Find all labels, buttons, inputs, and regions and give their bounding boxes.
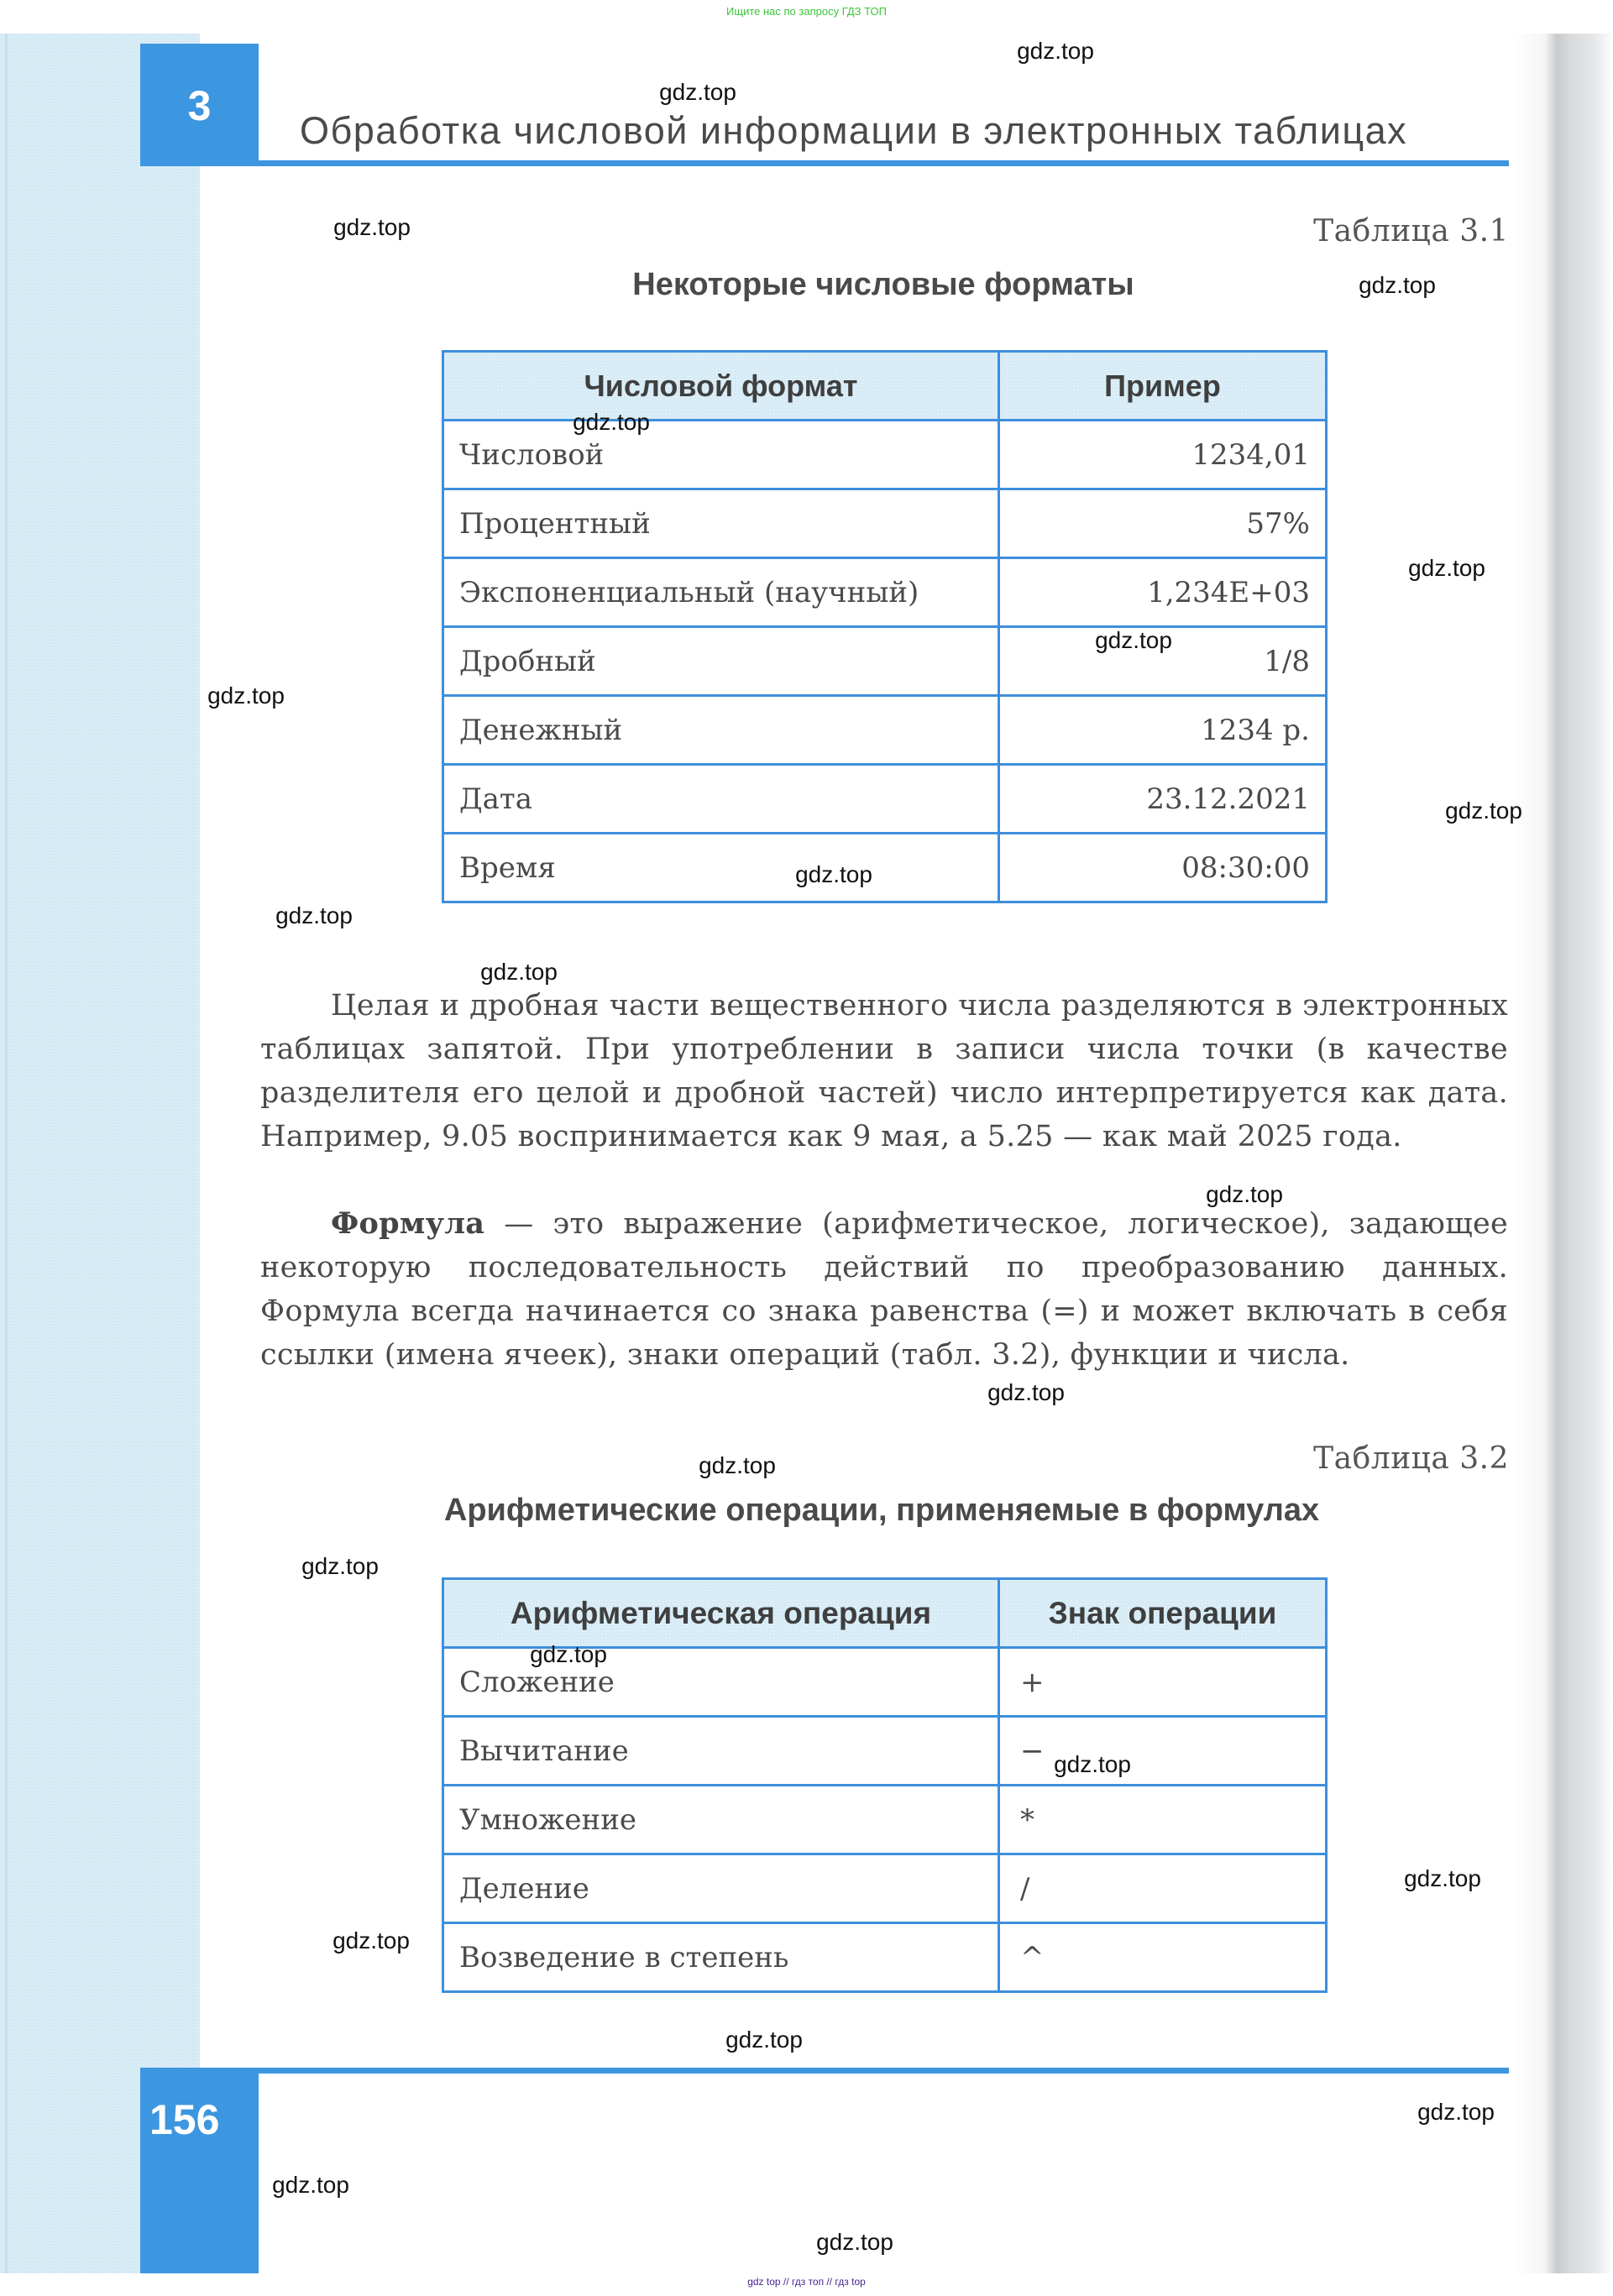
watermark-text: gdz.top: [816, 2229, 893, 2256]
watermark-text: gdz.top: [207, 683, 285, 709]
cell-name: Дата: [443, 765, 999, 834]
cell-value: *: [999, 1786, 1327, 1854]
cell-name: Возведение в степень: [443, 1923, 999, 1992]
table-row: Вычитание−: [443, 1717, 1327, 1786]
watermark-text: gdz.top: [530, 1641, 607, 1668]
watermark-text: gdz.top: [699, 1452, 776, 1479]
table-row: Дата23.12.2021: [443, 765, 1327, 834]
table-row: Экспоненциальный (научный)1,234E+03: [443, 558, 1327, 627]
cell-name: Деление: [443, 1854, 999, 1923]
paragraph-text: Целая и дробная части вещественного числ…: [260, 989, 1508, 1153]
watermark-text: gdz.top: [725, 2027, 803, 2053]
cell-value: 1234 р.: [999, 696, 1327, 765]
cell-value: 1234,01: [999, 421, 1327, 489]
column-header-format: Числовой формат: [443, 352, 999, 421]
column-header-operation: Арифметическая операция: [443, 1579, 999, 1648]
paragraph-formula-definition: Формула — это выражение (арифметическое,…: [260, 1202, 1508, 1377]
page-fold-shadow: [1511, 34, 1613, 2273]
table2-title: Арифметические операции, применяемые в ф…: [336, 1493, 1427, 1529]
table-header-row: Арифметическая операция Знак операции: [443, 1579, 1327, 1648]
top-banner: Ищите нас по запросу ГДЗ ТОП: [0, 0, 1613, 34]
table1-title: Некоторые числовые форматы: [442, 267, 1325, 303]
cell-name: Экспоненциальный (научный): [443, 558, 999, 627]
watermark-text: gdz.top: [987, 1379, 1065, 1406]
watermark-text: gdz.top: [1404, 1865, 1481, 1892]
watermark-text: gdz.top: [275, 902, 353, 929]
cell-value: ^: [999, 1923, 1327, 1992]
cell-name: Денежный: [443, 696, 999, 765]
watermark-text: gdz.top: [1417, 2099, 1495, 2126]
cell-name: Процентный: [443, 489, 999, 558]
cell-value: 1,234E+03: [999, 558, 1327, 627]
table-row: Деление/: [443, 1854, 1327, 1923]
chapter-number-badge: 3: [140, 44, 259, 165]
watermark-text: gdz.top: [659, 79, 736, 106]
cell-name: Время: [443, 834, 999, 902]
table-row: Денежный1234 р.: [443, 696, 1327, 765]
cell-name: Числовой: [443, 421, 999, 489]
watermark-text: gdz.top: [795, 861, 872, 888]
cell-value: +: [999, 1648, 1327, 1717]
watermark-text: gdz.top: [333, 1927, 410, 1954]
cell-name: Дробный: [443, 627, 999, 696]
watermark-text: gdz.top: [480, 959, 558, 986]
arithmetic-operations-table: Арифметическая операция Знак операции Сл…: [442, 1577, 1328, 1993]
page-number: 156: [149, 2095, 250, 2145]
term-formula: Формула: [331, 1206, 484, 1241]
textbook-page: 3 Обработка числовой информации в электр…: [0, 34, 1613, 2273]
table-row: Дробный1/8: [443, 627, 1327, 696]
watermark-text: gdz.top: [333, 214, 411, 241]
column-header-sign: Знак операции: [999, 1579, 1327, 1648]
header-rule: [140, 160, 1509, 166]
watermark-text: gdz.top: [1445, 798, 1522, 824]
table-row: Процентный57%: [443, 489, 1327, 558]
cell-name: Вычитание: [443, 1717, 999, 1786]
column-header-example: Пример: [999, 352, 1327, 421]
watermark-text: gdz.top: [1359, 272, 1436, 299]
paragraph-decimal-separator: Целая и дробная части вещественного числ…: [260, 984, 1508, 1158]
watermark-text: gdz.top: [1408, 555, 1485, 582]
page-margin-strip: [0, 34, 200, 2273]
cell-name: Сложение: [443, 1648, 999, 1717]
cell-value: 23.12.2021: [999, 765, 1327, 834]
bottom-banner: gdz top // гдз топ // гдз top: [0, 2273, 1613, 2296]
watermark-text: gdz.top: [1206, 1181, 1283, 1208]
footer-rule: [140, 2068, 1509, 2074]
table2-caption: Таблица 3.2: [1313, 1441, 1509, 1476]
table-row: Время08:30:00: [443, 834, 1327, 902]
watermark-text: gdz.top: [301, 1553, 379, 1580]
cell-value: −: [999, 1717, 1327, 1786]
watermark-text: gdz.top: [1095, 627, 1172, 654]
watermark-text: gdz.top: [1054, 1751, 1131, 1778]
table-row: Возведение в степень^: [443, 1923, 1327, 1992]
chapter-title: Обработка числовой информации в электрон…: [300, 109, 1509, 153]
table1-caption: Таблица 3.1: [1313, 214, 1509, 248]
cell-value: 57%: [999, 489, 1327, 558]
watermark-text: gdz.top: [573, 409, 650, 436]
table-row: Умножение*: [443, 1786, 1327, 1854]
cell-name: Умножение: [443, 1786, 999, 1854]
cell-value: /: [999, 1854, 1327, 1923]
watermark-text: gdz.top: [1017, 38, 1094, 65]
watermark-text: gdz.top: [272, 2172, 349, 2199]
cell-value: 08:30:00: [999, 834, 1327, 902]
